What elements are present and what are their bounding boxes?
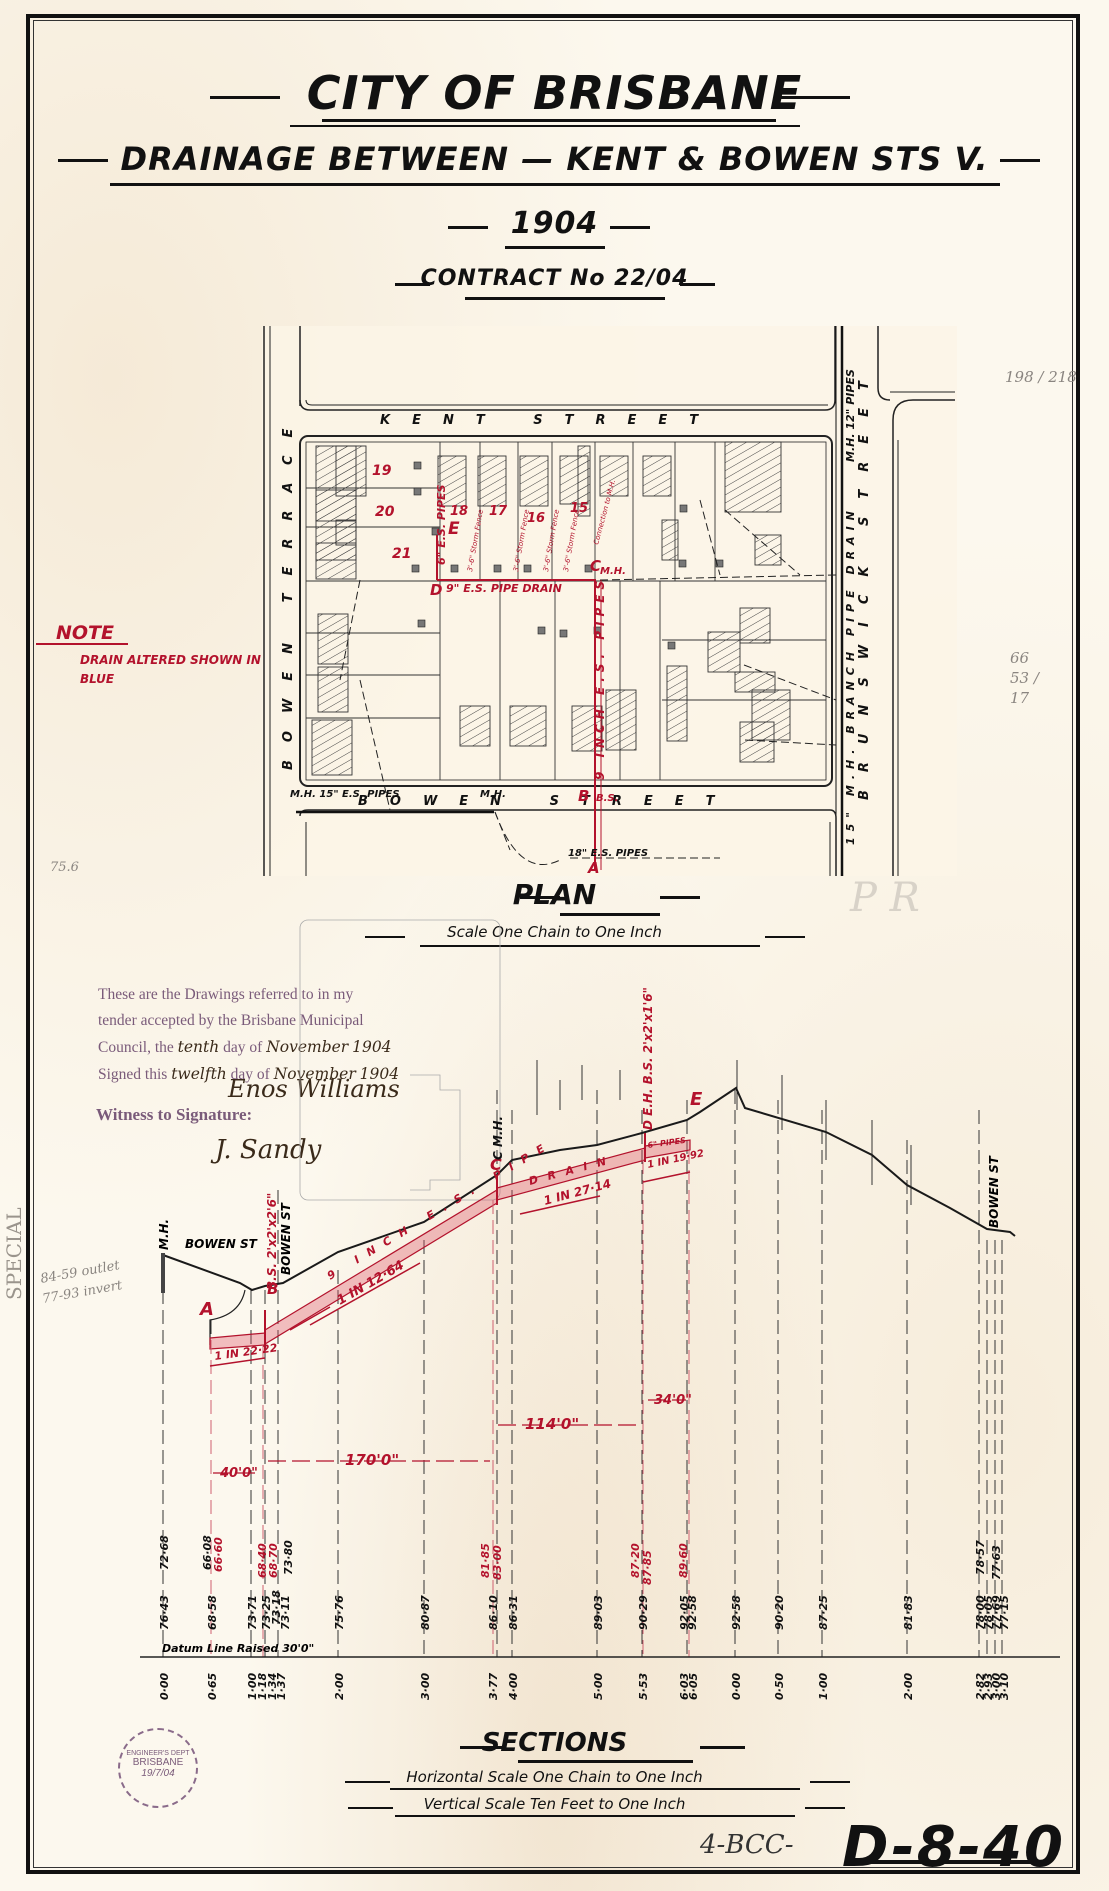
elev-18: 90·20 (773, 1595, 786, 1630)
elev-25: 77·63 (990, 1545, 1003, 1580)
elev-red-7: 89·60 (677, 1543, 690, 1578)
section-pipe-label: 9 INCH E.S. PIPE (325, 1137, 556, 1283)
elev-red-0: 66·60 (212, 1537, 225, 1572)
hscale-underline (390, 1788, 800, 1790)
elev-0: 76·43 (158, 1595, 171, 1630)
elev-17: 92·58 (730, 1595, 743, 1630)
chainage-17: 2·00 (902, 1673, 915, 1700)
drawing-number-underline (848, 1860, 1048, 1864)
elev-red-2: 68·70 (267, 1543, 280, 1578)
elev-10: 80·87 (419, 1595, 432, 1630)
elev-2: 68·58 (206, 1595, 219, 1630)
stamp-line-2: BRISBANE (120, 1757, 196, 1768)
chainage-8: 3·77 (487, 1673, 500, 1700)
chainage-13: 6·05 (687, 1673, 700, 1700)
elev-red-6: 87·85 (641, 1550, 654, 1585)
section-point-e: E (690, 1089, 703, 1110)
chainage-10: 5·00 (592, 1673, 605, 1700)
dimension-170ft: 170'0" (345, 1451, 399, 1469)
chainage-7: 3·00 (419, 1673, 432, 1700)
elev-7: 73·11 (279, 1595, 292, 1630)
vscale-underline (395, 1815, 795, 1817)
elev-1: 72·68 (158, 1535, 171, 1570)
section-bs-b-label: B.S. 2'x2'x2'6" (265, 1193, 279, 1290)
elev-13: 89·03 (592, 1595, 605, 1630)
chainage-14: 0·00 (730, 1673, 743, 1700)
elev-19: 87·25 (817, 1595, 830, 1630)
stamp-line-1: ENGINEER'S DEPT (120, 1750, 196, 1757)
section-bowen-st-label: BOWEN ST (185, 1237, 258, 1251)
chainage-0: 0·00 (158, 1673, 171, 1700)
sections-profile: M.H. BOWEN ST BOWEN ST BOWEN ST A B.S. 2… (0, 0, 1109, 1891)
chainage-15: 0·50 (773, 1673, 786, 1700)
elev-11: 86·10 (487, 1595, 500, 1630)
elev-12: 86·31 (507, 1595, 520, 1630)
drawing-number-prefix: 4-BCC- (700, 1830, 794, 1860)
chainage-6: 2·00 (333, 1673, 346, 1700)
elev-9: 75·76 (333, 1595, 346, 1630)
chainage-16: 1·00 (817, 1673, 830, 1700)
section-bowen-st-vertical: BOWEN ST (279, 1202, 293, 1275)
dimension-114ft: 114'0" (525, 1415, 579, 1433)
section-point-a: A (198, 1299, 214, 1320)
chainage-21: 3·10 (998, 1673, 1011, 1700)
sections-underline (518, 1760, 693, 1763)
stamp-line-3: 19/7/04 (120, 1768, 196, 1779)
section-bowen-st-right: BOWEN ST (987, 1155, 1001, 1228)
chainage-5: 1·37 (275, 1673, 288, 1700)
section-d-label: D E.H. B.S. 2'x2'x1'6" (641, 987, 655, 1130)
section-point-b: B (267, 1280, 278, 1298)
section-mh-label: M.H. (157, 1219, 171, 1250)
chainage-1: 0·65 (206, 1673, 219, 1700)
datum-label: Datum Line Raised 30'0" (162, 1642, 314, 1655)
chainage-9: 4·00 (507, 1673, 520, 1701)
dimension-40ft: 40'0" (219, 1466, 258, 1481)
elev-16: 92·58 (686, 1595, 699, 1630)
drawing-number: D-8-40 (842, 1815, 1065, 1880)
elev-red-4: 83·00 (491, 1545, 504, 1580)
section-mh-c-label: C M.H. (491, 1116, 505, 1160)
dimension-34ft: 34'0" (654, 1393, 692, 1408)
elev-26: 77·15 (998, 1595, 1011, 1630)
engineers-dept-stamp: ENGINEER'S DEPT BRISBANE 19/7/04 (118, 1728, 198, 1808)
elev-22: 78·57 (974, 1540, 987, 1575)
elev-20: 81·83 (902, 1595, 915, 1630)
elev-4: 73·71 (246, 1595, 259, 1630)
chainage-11: 5·53 (637, 1673, 650, 1700)
elev-14: 90·29 (637, 1595, 650, 1630)
elev-8: 73·80 (282, 1540, 295, 1575)
